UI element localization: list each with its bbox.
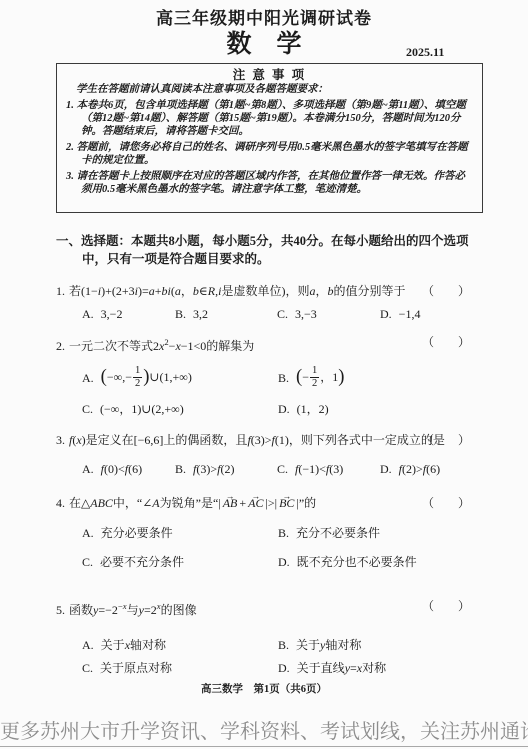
notice-item-text: 请在答题卡上按照顺序在对应的答题区域内作答，在其他位置作答一律无效。作答必须用0… (77, 171, 466, 195)
option-label: D. (278, 553, 290, 571)
option-d: D.(1，2) (278, 400, 329, 418)
question-5: 5.函数y=−2−x与y=2x的图像 （ ） A.关于x轴对称 B.关于y轴对称… (56, 597, 508, 677)
option-label: D. (278, 659, 290, 677)
option-text: 关于x轴对称 (101, 636, 166, 654)
option-text: 必要不充分条件 (100, 553, 184, 571)
option-text: 既不充分也不必要条件 (297, 553, 417, 571)
option-label: C. (82, 400, 93, 418)
option-label: A. (82, 636, 94, 654)
option-text: 关于y轴对称 (296, 636, 361, 654)
question-number: 5. (56, 603, 65, 617)
option-text: 充分不必要条件 (296, 524, 380, 542)
answer-bracket: （ ） (422, 282, 476, 300)
watermark-banner: 更多苏州大市升学资讯、学科资料、考试划线，关注苏州通论坛 (0, 719, 528, 747)
exam-page: 高三年级期中阳光调研试卷 数 学 2025.11 注 意 事 项 学生在答题前请… (0, 0, 528, 749)
question-text: f(x)是定义在[−6,6]上的偶函数，且f(3)>f(1)，则下列各式中一定成… (69, 433, 445, 447)
option-text: 3,2 (193, 305, 208, 323)
options-row: C.必要不充分条件 D.既不充分也不必要条件 (82, 553, 508, 571)
answer-bracket: （ ） (422, 597, 476, 615)
answer-bracket: （ ） (422, 431, 476, 449)
option-label: B. (175, 460, 186, 478)
option-a: A.关于x轴对称 (82, 636, 278, 654)
option-label: C. (82, 553, 93, 571)
question-stem: 3.f(x)是定义在[−6,6]上的偶函数，且f(3)>f(1)，则下列各式中一… (56, 431, 508, 449)
question-3: 3.f(x)是定义在[−6,6]上的偶函数，且f(3)>f(1)，则下列各式中一… (56, 431, 508, 478)
question-1: 1.若(1−i)+(2+3i)=a+bi(a，b∈R,i是虚数单位)，则a，b的… (56, 282, 508, 323)
question-text: 一元二次不等式2x2−x−1<0的解集为 (69, 339, 254, 353)
subject-title: 数 学 (0, 30, 528, 60)
option-text: −1,4 (399, 305, 421, 323)
question-number: 3. (56, 433, 65, 447)
option-text: f(2)>f(6) (399, 460, 440, 478)
options-row: A.(−∞,−12)∪(1,+∞) B.(−12，1) (82, 358, 508, 398)
option-label: C. (277, 305, 288, 323)
option-text: f(−1)<f(3) (295, 460, 343, 478)
option-label: D. (380, 305, 392, 323)
exam-date: 2025.11 (406, 45, 444, 60)
question-stem: 2.一元二次不等式2x2−x−1<0的解集为 （ ） (56, 333, 508, 355)
answer-bracket: （ ） (422, 333, 476, 351)
question-stem: 4.在△ABC中，“∠A为锐角”是“|AB+AC|>|BC|”的 （ ） (56, 494, 508, 512)
option-text: (−∞，1)∪(2,+∞) (100, 400, 184, 418)
option-b: B.关于y轴对称 (278, 636, 361, 654)
option-b: B.(−12，1) (278, 366, 345, 390)
notice-item-3: 3. 请在答题卡上按照顺序在对应的答题区域内作答，在其他位置作答一律无效。作答必… (66, 170, 473, 196)
option-d: D.既不充分也不必要条件 (278, 553, 417, 571)
option-label: C. (277, 460, 288, 478)
option-b: B.3,2 (175, 305, 277, 323)
notice-item-1: 1. 本卷共6页，包含单项选择题（第1题~第8题）、多项选择题（第9题~第11题… (66, 99, 473, 139)
question-text: 在△ABC中，“∠A为锐角”是“|AB+AC|>|BC|”的 (69, 496, 316, 510)
page-footer: 高三数学 第1页（共6页） (0, 681, 528, 696)
question-number: 4. (56, 496, 65, 510)
section-number: 一、 (56, 234, 81, 248)
option-label: B. (278, 369, 289, 387)
section-heading: 一、选择题：本题共8小题，每小题5分，共40分。在每小题给出的四个选项中，只有一… (56, 232, 482, 268)
option-b: B.充分不必要条件 (278, 524, 380, 542)
option-label: D. (278, 400, 290, 418)
answer-bracket: （ ） (422, 494, 476, 512)
question-number: 2. (56, 339, 65, 353)
notice-item-text: 本卷共6页，包含单项选择题（第1题~第8题）、多项选择题（第9题~第11题）、填… (77, 100, 466, 137)
question-2: 2.一元二次不等式2x2−x−1<0的解集为 （ ） A.(−∞,−12)∪(1… (56, 333, 508, 418)
question-text: 若(1−i)+(2+3i)=a+bi(a，b∈R,i是虚数单位)，则a，b的值分… (69, 284, 406, 298)
notice-box: 注 意 事 项 学生在答题前请认真阅读本注意事项及各题答题要求： 1. 本卷共6… (56, 63, 483, 213)
option-label: A. (82, 524, 94, 542)
notice-item-text: 答题前，请您务必将自己的姓名、调研序列号用0.5毫米黑色墨水的签字笔填写在答题卡… (77, 142, 468, 166)
option-text: (−12，1) (296, 366, 344, 390)
option-a: A.充分必要条件 (82, 524, 278, 542)
options-row: A.关于x轴对称 B.关于y轴对称 (82, 636, 508, 654)
notice-item-2: 2. 答题前，请您务必将自己的姓名、调研序列号用0.5毫米黑色墨水的签字笔填写在… (66, 141, 473, 167)
option-a: A.(−∞,−12)∪(1,+∞) (82, 366, 278, 390)
option-label: A. (82, 305, 94, 323)
option-label: C. (82, 659, 93, 677)
notice-intro: 学生在答题前请认真阅读本注意事项及各题答题要求： (76, 83, 473, 97)
option-c: C.3,−3 (277, 305, 380, 323)
question-text: 函数y=−2−x与y=2x的图像 (69, 603, 197, 617)
question-stem: 1.若(1−i)+(2+3i)=a+bi(a，b∈R,i是虚数单位)，则a，b的… (56, 282, 508, 300)
options-row: A.3,−2 B.3,2 C.3,−3 D.−1,4 (82, 305, 508, 323)
option-d: D.关于直线y=x对称 (278, 659, 386, 677)
option-label: A. (82, 369, 94, 387)
option-text: f(3)>f(2) (193, 460, 234, 478)
option-d: D.f(2)>f(6) (380, 460, 440, 478)
options-row: C.关于原点对称 D.关于直线y=x对称 (82, 659, 508, 677)
option-label: D. (380, 460, 392, 478)
option-a: A.f(0)<f(6) (82, 460, 175, 478)
option-text: 关于原点对称 (100, 659, 172, 677)
section-text: 选择题：本题共8小题，每小题5分，共40分。在每小题给出的四个选项中，只有一项是… (81, 234, 469, 266)
options-row: C.(−∞，1)∪(2,+∞) D.(1，2) (82, 400, 508, 418)
question-stem: 5.函数y=−2−x与y=2x的图像 （ ） (56, 597, 508, 619)
option-text: (−∞,−12)∪(1,+∞) (101, 366, 192, 390)
notice-item-number: 2. (66, 142, 74, 153)
question-4: 4.在△ABC中，“∠A为锐角”是“|AB+AC|>|BC|”的 （ ） A.充… (56, 494, 508, 571)
option-d: D.−1,4 (380, 305, 420, 323)
option-label: B. (278, 524, 289, 542)
option-text: 3,−2 (101, 305, 123, 323)
option-text: 关于直线y=x对称 (297, 659, 386, 677)
page-title: 高三年级期中阳光调研试卷 (0, 8, 528, 29)
option-c: C.f(−1)<f(3) (277, 460, 380, 478)
option-text: 充分必要条件 (101, 524, 173, 542)
option-label: A. (82, 460, 94, 478)
notice-heading: 注 意 事 项 (66, 68, 473, 83)
options-row: A.充分必要条件 B.充分不必要条件 (82, 524, 508, 542)
option-label: B. (278, 636, 289, 654)
option-text: (1，2) (297, 400, 329, 418)
option-text: 3,−3 (295, 305, 317, 323)
option-label: B. (175, 305, 186, 323)
option-b: B.f(3)>f(2) (175, 460, 277, 478)
option-c: C.必要不充分条件 (82, 553, 278, 571)
option-a: A.3,−2 (82, 305, 175, 323)
option-text: f(0)<f(6) (101, 460, 142, 478)
question-number: 1. (56, 284, 65, 298)
option-c: C.(−∞，1)∪(2,+∞) (82, 400, 278, 418)
options-row: A.f(0)<f(6) B.f(3)>f(2) C.f(−1)<f(3) D.f… (82, 460, 508, 478)
notice-item-number: 3. (66, 171, 74, 182)
option-c: C.关于原点对称 (82, 659, 278, 677)
notice-item-number: 1. (66, 100, 74, 111)
